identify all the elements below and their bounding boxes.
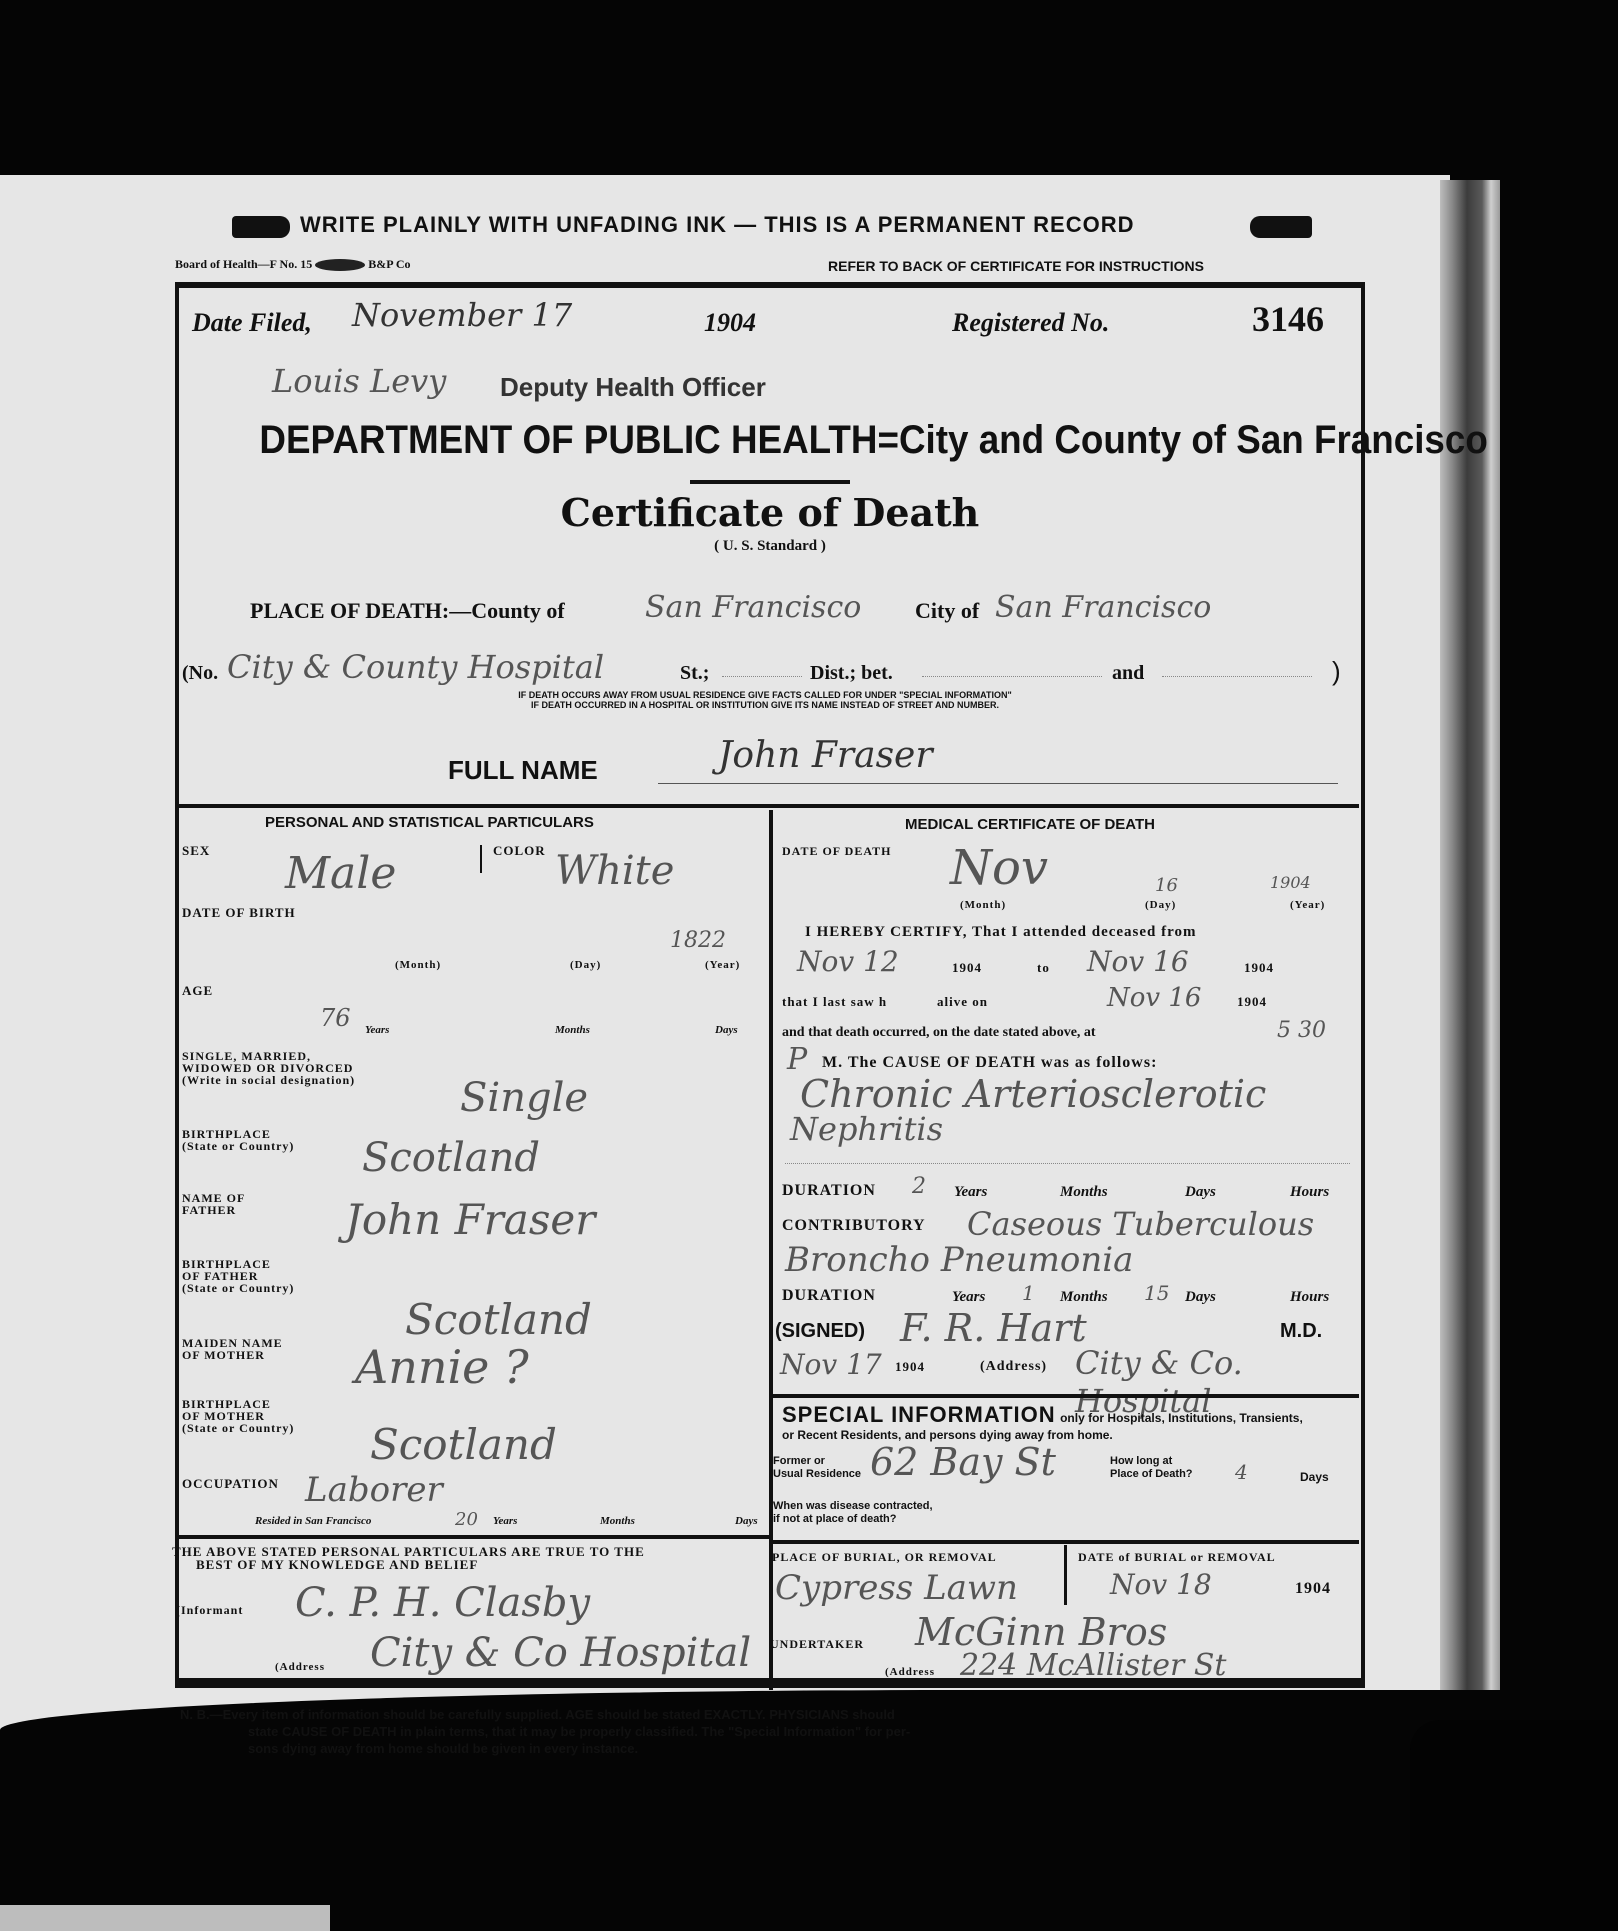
duration1-months-label: Months	[1060, 1184, 1108, 1201]
full-name-label: FULL NAME	[448, 755, 598, 786]
pointing-hand-icon	[1250, 216, 1312, 238]
place-note-line1: IF DEATH OCCURS AWAY FROM USUAL RESIDENC…	[325, 690, 1205, 700]
informant-address: City & Co Hospital	[370, 1630, 751, 1676]
residence-label-1: Former or	[773, 1455, 861, 1468]
contracted-label-1: When was disease contracted,	[773, 1500, 933, 1513]
age-label: AGE	[182, 984, 213, 998]
mother-name-value: Annie ?	[355, 1340, 529, 1394]
place-of-death-label: PLACE OF DEATH:—County of	[250, 598, 565, 624]
dod-year: 1904	[1270, 873, 1311, 892]
printer-seal-icon	[315, 259, 365, 271]
special-heading-small-2: or Recent Residents, and persons dying a…	[782, 1428, 1352, 1442]
sex-color-divider	[480, 845, 482, 873]
informant-label: (Informant	[176, 1603, 243, 1617]
dod-month-label: (Month)	[960, 898, 1006, 912]
death-time-text: and that death occurred, on the date sta…	[782, 1026, 1096, 1040]
death-time-value: 5 30	[1277, 1018, 1326, 1043]
residence-label: Former or Usual Residence	[773, 1455, 861, 1481]
resided-label: Resided in San Francisco	[255, 1515, 371, 1527]
title-divider	[690, 480, 850, 484]
cause-line3	[785, 1163, 1350, 1164]
no-label: (No.	[182, 662, 218, 685]
undertaker-address-label: (Address	[885, 1665, 935, 1679]
resided-days-label: Days	[735, 1515, 758, 1527]
full-name-value: John Fraser	[718, 735, 933, 776]
dod-day-label: (Day)	[1145, 898, 1176, 912]
special-heading-small-1: only for Hospitals, Institutions, Transi…	[1060, 1411, 1303, 1425]
resided-years-label: Years	[493, 1515, 517, 1527]
mother-birthplace-value: Scotland	[370, 1420, 557, 1469]
marital-value: Single	[460, 1075, 588, 1121]
father-label-2: FATHER	[182, 1204, 245, 1216]
age-days-label: Days	[715, 1024, 738, 1036]
death-time-row: and that death occurred, on the date sta…	[782, 1018, 1352, 1044]
footnote-line2: state CAUSE OF DEATH in plain terms, tha…	[180, 1723, 1250, 1740]
md-label: M.D.	[1280, 1320, 1322, 1343]
how-long-label-1: How long at	[1110, 1455, 1193, 1468]
dob-year-value: 1822	[670, 928, 726, 953]
dod-month: Nov	[950, 840, 1048, 896]
last-saw-year: 1904	[1237, 995, 1267, 1009]
burial-place-value: Cypress Lawn	[775, 1568, 1018, 1608]
special-heading: SPECIAL INFORMATION only for Hospitals, …	[782, 1402, 1352, 1442]
how-long-label: How long at Place of Death?	[1110, 1455, 1193, 1481]
registered-label: Registered No.	[952, 308, 1109, 338]
contributory-row: CONTRIBUTORY Caseous Tuberculous	[782, 1205, 1352, 1239]
signed-date-row: Nov 17 1904 (Address) City & Co. Hospita…	[775, 1348, 1355, 1384]
burial-divider	[773, 1540, 1359, 1544]
age-years-value: 76	[320, 1004, 351, 1032]
age-years-label: Years	[365, 1024, 389, 1036]
burial-date-value: Nov 18	[1110, 1568, 1212, 1601]
instructions-note: REFER TO BACK OF CERTIFICATE FOR INSTRUC…	[828, 258, 1204, 274]
informant-statement: THE ABOVE STATED PERSONAL PARTICULARS AR…	[172, 1545, 762, 1571]
footnote-line1: N. B.—Every item of information should b…	[180, 1706, 1250, 1723]
county-value: San Francisco	[645, 590, 861, 625]
duration2-months-label: Months	[1060, 1289, 1108, 1306]
contracted-label-2: if not at place of death?	[773, 1513, 933, 1526]
place-of-death-row: PLACE OF DEATH:—County of San Francisco …	[250, 590, 1350, 630]
birthplace-label-2: (State or Country)	[182, 1140, 294, 1152]
dob-year-label: (Year)	[705, 958, 740, 972]
mother-birthplace-label: BIRTHPLACE OF MOTHER (State or Country)	[182, 1398, 294, 1434]
close-paren: )	[1332, 656, 1341, 687]
signed-date: Nov 17	[780, 1348, 882, 1381]
father-birthplace-label: BIRTHPLACE OF FATHER (State or Country)	[182, 1258, 294, 1294]
birthplace-value: Scotland	[362, 1135, 540, 1181]
and-field	[1162, 676, 1312, 677]
age-months-label: Months	[555, 1024, 590, 1036]
residence-label-2: Usual Residence	[773, 1468, 861, 1481]
full-name-line	[658, 783, 1338, 784]
resided-years-value: 20	[455, 1509, 478, 1530]
footnote-line3: sons dying away from home should be give…	[180, 1740, 1250, 1757]
burial-place-label: PLACE OF BURIAL, OR REMOVAL	[772, 1550, 997, 1564]
section-divider	[179, 804, 1359, 808]
pointing-hand-icon	[232, 216, 290, 238]
burial-divider-vertical	[1064, 1545, 1067, 1605]
duration2-years-label: Years	[952, 1289, 985, 1306]
duration1-days-label: Days	[1185, 1184, 1216, 1201]
attended-from: Nov 12	[797, 945, 899, 978]
and-label: and	[1112, 662, 1144, 685]
resided-row: Resided in San Francisco 20 Years Months…	[255, 1515, 760, 1531]
birthplace-label: BIRTHPLACE (State or Country)	[182, 1128, 294, 1152]
last-saw-date: Nov 16	[1107, 983, 1201, 1013]
city-value: San Francisco	[995, 590, 1211, 625]
registered-number: 3146	[1252, 298, 1324, 340]
date-filed-year: 1904	[704, 308, 756, 338]
sex-label: SEX	[182, 844, 210, 858]
last-saw-suffix: alive on	[937, 995, 988, 1009]
from-year: 1904	[952, 961, 982, 975]
mother-label-2: OF MOTHER	[182, 1349, 283, 1361]
to-year: 1904	[1244, 961, 1274, 975]
binding-strip	[1440, 180, 1500, 1740]
duration1-row: DURATION 2 Years Months Days Hours	[782, 1180, 1352, 1204]
informant-statement-2: BEST OF MY KNOWLEDGE AND BELIEF	[172, 1558, 762, 1571]
full-name-row: FULL NAME John Fraser	[448, 735, 1348, 785]
special-heading-big: SPECIAL INFORMATION	[782, 1402, 1056, 1427]
date-filed-label: Date Filed,	[192, 308, 312, 338]
personal-heading: PERSONAL AND STATISTICAL PARTICULARS	[265, 814, 594, 831]
place-note: IF DEATH OCCURS AWAY FROM USUAL RESIDENC…	[325, 690, 1205, 710]
occupation-label: OCCUPATION	[182, 1477, 279, 1491]
contracted-label: When was disease contracted, if not at p…	[773, 1500, 933, 1526]
occupation-value: Laborer	[305, 1470, 443, 1510]
dod-day: 16	[1155, 875, 1178, 896]
medical-heading: MEDICAL CERTIFICATE OF DEATH	[905, 816, 1155, 833]
footnote: N. B.—Every item of information should b…	[180, 1706, 1250, 1757]
marital-label: SINGLE, MARRIED, WIDOWED OR DIVORCED (Wr…	[182, 1050, 355, 1086]
undertaker-label: UNDERTAKER	[770, 1637, 864, 1651]
how-long-label-2: Place of Death?	[1110, 1468, 1193, 1481]
contributory-label: CONTRIBUTORY	[782, 1219, 926, 1233]
father-birthplace-value: Scotland	[405, 1295, 592, 1344]
informant-address-label: (Address	[275, 1660, 325, 1674]
color-label: COLOR	[493, 844, 546, 858]
duration1-years: 2	[912, 1174, 926, 1199]
cause-text: M. The CAUSE OF DEATH was as follows:	[822, 1056, 1157, 1070]
dist-label: Dist.; bet.	[810, 662, 893, 685]
hospital-name: City & County Hospital	[227, 648, 604, 686]
certify-text: I HEREBY CERTIFY, That I attended deceas…	[805, 925, 1197, 939]
duration1-label: DURATION	[782, 1184, 876, 1198]
contributory-line1: Caseous Tuberculous	[967, 1205, 1314, 1243]
dob-day-label: (Day)	[570, 958, 601, 972]
signed-year: 1904	[895, 1360, 925, 1374]
us-standard: ( U. S. Standard )	[420, 538, 1120, 555]
dist-field	[922, 676, 1102, 677]
duration2-hours-label: Hours	[1290, 1289, 1329, 1306]
date-filed-row: Date Filed, November 17 1904 Registered …	[192, 302, 1352, 342]
dod-year-label: (Year)	[1290, 898, 1325, 912]
duration2-label: DURATION	[782, 1289, 876, 1303]
form-number: Board of Health—F No. 15 B&P Co	[175, 257, 411, 272]
duration1-years-label: Years	[954, 1184, 987, 1201]
department-title: DEPARTMENT OF PUBLIC HEALTH=City and Cou…	[259, 418, 1280, 463]
scan-shadow-corner	[1410, 1720, 1618, 1931]
father-label: NAME OF FATHER	[182, 1192, 245, 1216]
undertaker-address: 224 McAllister St	[960, 1648, 1226, 1683]
place-note-line2: IF DEATH OCCURRED IN A HOSPITAL OR INSTI…	[325, 700, 1205, 710]
st-field	[722, 676, 802, 677]
cause-line2: Nephritis	[790, 1110, 943, 1148]
st-label: St.;	[680, 662, 709, 685]
attended-row: Nov 12 1904 to Nov 16 1904	[782, 945, 1352, 979]
address-row: (No. City & County Hospital St.; Dist.; …	[182, 648, 1362, 688]
how-long-days: Days	[1300, 1470, 1329, 1484]
special-divider	[773, 1394, 1359, 1398]
marital-label-3: (Write in social designation)	[182, 1074, 355, 1086]
scan-edge-left	[0, 1905, 330, 1931]
duration2-days-label: Days	[1185, 1289, 1216, 1306]
mother-label: MAIDEN NAME OF MOTHER	[182, 1337, 283, 1361]
last-saw-row: that I last saw h alive on Nov 16 1904	[782, 985, 1352, 1015]
residence-value: 62 Bay St	[870, 1440, 1056, 1484]
resided-months-label: Months	[600, 1515, 635, 1527]
city-label: City of	[915, 598, 979, 624]
color-value: White	[555, 848, 674, 894]
contributory-line2: Broncho Pneumonia	[785, 1240, 1133, 1280]
form-bottom-rule	[175, 1682, 1365, 1688]
certificate-title: Certificate of Death	[420, 490, 1120, 535]
form-number-text: Board of Health—F No. 15	[175, 257, 312, 271]
mother-bp-label-3: (State or Country)	[182, 1422, 294, 1434]
duration2-months: 1	[1022, 1281, 1035, 1305]
signed-row: (SIGNED) F. R. Hart M.D.	[775, 1310, 1355, 1346]
to-label: to	[1037, 961, 1050, 975]
attended-to: Nov 16	[1087, 945, 1189, 978]
printer-text: B&P Co	[368, 257, 410, 271]
how-long-value: 4	[1235, 1460, 1248, 1484]
informant-name: C. P. H. Clasby	[295, 1580, 590, 1626]
signed-label: (SIGNED)	[775, 1320, 865, 1343]
father-bp-label-3: (State or Country)	[182, 1282, 294, 1294]
duration2-days: 15	[1144, 1281, 1169, 1305]
sex-value: Male	[285, 848, 396, 899]
officer-title: Deputy Health Officer	[500, 372, 766, 403]
dob-month-label: (Month)	[395, 958, 441, 972]
officer-signature: Louis Levy	[272, 362, 446, 400]
burial-year: 1904	[1295, 1582, 1331, 1596]
physician-address-label: (Address)	[980, 1360, 1047, 1374]
physician-signature: F. R. Hart	[900, 1306, 1087, 1350]
banner-text: WRITE PLAINLY WITH UNFADING INK — THIS I…	[300, 212, 1135, 238]
date-filed-value: November 17	[352, 296, 572, 334]
father-name-value: John Fraser	[345, 1195, 595, 1244]
duration1-hours-label: Hours	[1290, 1184, 1329, 1201]
last-saw-text: that I last saw h	[782, 995, 887, 1009]
burial-date-label: DATE of BURIAL or REMOVAL	[1078, 1550, 1276, 1564]
dod-label: DATE OF DEATH	[782, 844, 891, 858]
dob-label: DATE OF BIRTH	[182, 906, 296, 920]
informant-divider	[179, 1535, 769, 1539]
